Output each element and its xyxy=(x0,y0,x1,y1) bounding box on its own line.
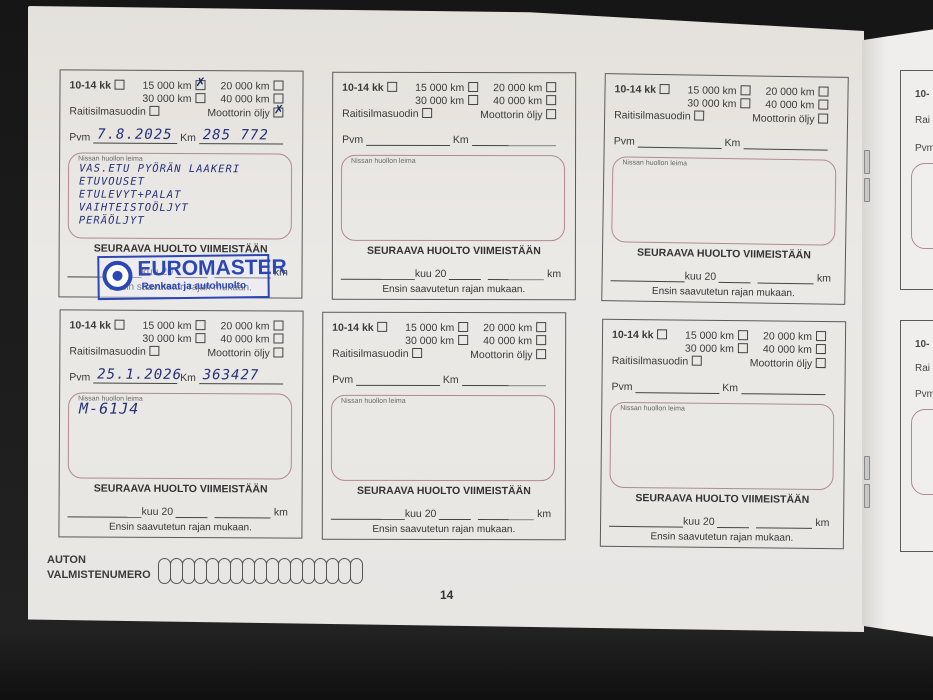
page-number: 14 xyxy=(440,588,453,602)
year-field[interactable] xyxy=(176,517,208,518)
label-15000: 15 000 km xyxy=(405,322,454,334)
checkbox-km40[interactable] xyxy=(816,344,826,354)
label-40000: 40 000 km xyxy=(220,333,269,345)
date-field[interactable]: 25.1.2026 xyxy=(93,369,177,384)
stamp-box[interactable]: Nissan huollon leima xyxy=(611,156,836,246)
month-field[interactable] xyxy=(68,516,142,517)
label-km: Km xyxy=(443,374,459,386)
label-date: Pvm xyxy=(342,134,363,146)
label-20000: 20 000 km xyxy=(220,80,269,92)
stamp-label: Nissan huollon leima xyxy=(620,405,685,413)
checkbox-air_filter[interactable] xyxy=(150,106,160,116)
km-field[interactable] xyxy=(472,131,556,146)
next-km-field[interactable] xyxy=(756,527,812,529)
date-field[interactable] xyxy=(635,378,719,394)
service-card-top-middle: 10-14 kk 15 000 km 20 000 km 30 000 km 4… xyxy=(332,72,576,300)
km-value: 285 772 xyxy=(203,127,269,143)
date-field[interactable] xyxy=(356,371,440,386)
year-field[interactable] xyxy=(719,282,751,284)
label-40000: 40 000 km xyxy=(220,93,269,105)
vin-label-line2: VALMISTENUMERO xyxy=(47,568,151,583)
checkbox-km40[interactable] xyxy=(273,333,283,343)
label-15000: 15 000 km xyxy=(142,80,191,92)
service-card-bottom-middle: 10-14 kk 15 000 km 20 000 km 30 000 km 4… xyxy=(322,312,566,540)
checkbox-engine_oil[interactable] xyxy=(547,109,557,119)
label-date: Pvm xyxy=(332,374,353,386)
handwritten-notes: VAS.ETU PYÖRÄN LAAKERIETUVOUSETETULEVYT+… xyxy=(79,162,240,228)
checkbox-engine_oil[interactable] xyxy=(274,107,284,117)
label-air-filter: Raitisilmasuodin xyxy=(342,108,418,120)
next-km-field[interactable] xyxy=(758,283,814,285)
checkbox-km20[interactable] xyxy=(546,82,556,92)
checkbox-km30[interactable] xyxy=(468,95,478,105)
checkbox-months[interactable] xyxy=(115,320,125,330)
date-value: 25.1.2026 xyxy=(97,367,182,383)
label-40000: 40 000 km xyxy=(493,95,542,107)
checkbox-months[interactable] xyxy=(115,80,125,90)
stamp-box[interactable]: Nissan huollon leima M-61J4 xyxy=(68,392,292,479)
label-months: 10-14 kk xyxy=(342,82,383,94)
label-engine-oil: Moottorin öljy xyxy=(207,347,270,359)
checkbox-km30[interactable] xyxy=(738,343,748,353)
date-field[interactable] xyxy=(366,131,450,146)
label-km: Km xyxy=(724,137,740,149)
stamp-label: Nissan huollon leima xyxy=(341,398,406,405)
whichever-first-note: Ensin saavutetun rajan mukaan. xyxy=(323,524,565,535)
label-30000: 30 000 km xyxy=(405,335,454,347)
label-km: Km xyxy=(180,132,196,144)
label-month-year: kuu 20 xyxy=(405,508,437,520)
checkbox-engine_oil[interactable] xyxy=(274,347,284,357)
checkbox-air_filter[interactable] xyxy=(695,111,705,121)
checkbox-km20[interactable] xyxy=(536,322,546,332)
label-km-unit: km xyxy=(817,272,831,284)
label-engine-oil: Moottorin öljy xyxy=(470,349,532,361)
stamp-tagline: Renkaat ja autohuolto xyxy=(142,280,247,292)
right-page-card: 10- Rai Pvm xyxy=(900,70,933,290)
whichever-first-note: Ensin saavutetun rajan mukaan. xyxy=(601,531,843,545)
checkbox-km40[interactable] xyxy=(818,99,828,109)
label-20000: 20 000 km xyxy=(493,82,542,94)
label-20000: 20 000 km xyxy=(765,86,814,99)
euromaster-logo-icon xyxy=(102,261,132,291)
next-km-field[interactable] xyxy=(478,519,534,520)
label-month-year: kuu 20 xyxy=(685,270,717,282)
checkbox-air_filter[interactable] xyxy=(413,348,423,358)
checkbox-km20[interactable] xyxy=(274,320,284,330)
stamp-label: Nissan huollon leima xyxy=(622,159,687,167)
km-value: 363427 xyxy=(203,367,260,383)
label-30000: 30 000 km xyxy=(142,333,191,345)
right-page-card: 10- Rai Pvm xyxy=(900,320,933,552)
fragment: Rai xyxy=(915,115,930,126)
handwritten-notes: M-61J4 xyxy=(79,402,139,415)
label-months: 10-14 kk xyxy=(614,83,656,96)
month-field[interactable] xyxy=(331,519,405,520)
label-months: 10-14 kk xyxy=(332,322,373,334)
note-line: VAS.ETU PYÖRÄN LAAKERI xyxy=(79,162,240,176)
label-months: 10-14 kk xyxy=(69,79,111,91)
stamp-box[interactable]: Nissan huollon leima VAS.ETU PYÖRÄN LAAK… xyxy=(68,152,292,239)
checkbox-engine_oil[interactable] xyxy=(818,113,828,123)
year-field[interactable] xyxy=(449,279,481,280)
checkbox-air_filter[interactable] xyxy=(692,356,702,366)
fragment: Pvm xyxy=(915,143,933,154)
label-air-filter: Raitisilmasuodin xyxy=(69,345,146,357)
fragment: 10- xyxy=(915,339,929,350)
checkbox-km15[interactable] xyxy=(468,82,478,92)
next-service-title: SEURAAVA HUOLTO VIIMEISTÄÄN xyxy=(323,485,565,497)
note-line: ETUVOUSET xyxy=(79,175,240,189)
checkbox-km20[interactable] xyxy=(274,80,284,90)
checkbox-air_filter[interactable] xyxy=(423,108,433,118)
staple xyxy=(864,456,870,480)
label-15000: 15 000 km xyxy=(142,320,191,332)
label-15000: 15 000 km xyxy=(415,82,464,94)
stamp-label: Nissan huollon leima xyxy=(351,158,416,165)
checkbox-months[interactable] xyxy=(660,84,670,94)
service-card-top-right: 10-14 kk 15 000 km 20 000 km 30 000 km 4… xyxy=(601,73,849,305)
checkbox-km30[interactable] xyxy=(740,98,750,108)
fragment: 10- xyxy=(915,89,929,100)
service-card-bottom-left: 10-14 kk 15 000 km 20 000 km 30 000 km 4… xyxy=(58,309,303,538)
label-30000: 30 000 km xyxy=(687,97,736,110)
label-km-unit: km xyxy=(537,508,551,520)
whichever-first-note: Ensin saavutetun rajan mukaan. xyxy=(59,521,301,533)
label-15000: 15 000 km xyxy=(687,84,736,97)
label-air-filter: Raitisilmasuodin xyxy=(332,348,408,360)
fragment: Pvm xyxy=(915,389,933,400)
whichever-first-note: Ensin saavutetun rajan mukaan. xyxy=(602,285,844,300)
checkbox-km15[interactable] xyxy=(458,322,468,332)
note-line: ETULEVYT+PALAT xyxy=(79,188,240,202)
checkbox-engine_oil[interactable] xyxy=(537,349,547,359)
note-line: PERÄÖLJYT xyxy=(79,214,240,228)
checkbox-km15[interactable] xyxy=(741,85,751,95)
next-km-field[interactable] xyxy=(215,517,271,518)
label-air-filter: Raitisilmasuodin xyxy=(614,109,691,122)
km-field[interactable] xyxy=(743,134,827,150)
next-service-title: SEURAAVA HUOLTO VIIMEISTÄÄN xyxy=(601,492,843,507)
label-engine-oil: Moottorin öljy xyxy=(480,109,542,121)
label-km: Km xyxy=(180,372,196,384)
label-engine-oil: Moottorin öljy xyxy=(752,112,815,125)
label-20000: 20 000 km xyxy=(220,320,269,332)
label-air-filter: Raitisilmasuodin xyxy=(612,355,689,368)
label-20000: 20 000 km xyxy=(763,330,812,343)
vin-input-boxes[interactable] xyxy=(158,558,362,584)
label-engine-oil: Moottorin öljy xyxy=(207,107,270,119)
checkbox-km15[interactable] xyxy=(196,320,206,330)
date-field[interactable] xyxy=(638,133,722,149)
stamp-name: EUROMASTER xyxy=(137,256,287,282)
label-engine-oil: Moottorin öljy xyxy=(750,357,813,370)
checkbox-months[interactable] xyxy=(388,82,398,92)
label-air-filter: Raitisilmasuodin xyxy=(69,105,146,117)
stamp-box[interactable]: Nissan huollon leima xyxy=(341,155,565,241)
year-field[interactable] xyxy=(717,527,749,528)
label-20000: 20 000 km xyxy=(483,322,532,334)
label-30000: 30 000 km xyxy=(415,95,464,107)
month-field[interactable] xyxy=(609,526,683,528)
service-card-bottom-right: 10-14 kk 15 000 km 20 000 km 30 000 km 4… xyxy=(600,319,846,550)
next-service-title: SEURAAVA HUOLTO VIIMEISTÄÄN xyxy=(333,245,575,257)
label-date: Pvm xyxy=(69,371,90,383)
next-service-title: SEURAAVA HUOLTO VIIMEISTÄÄN xyxy=(60,482,302,495)
vin-label-line1: AUTON xyxy=(47,553,151,568)
checkbox-km20[interactable] xyxy=(818,86,828,96)
label-15000: 15 000 km xyxy=(685,330,734,343)
euromaster-stamp: EUROMASTER Renkaat ja autohuolto xyxy=(97,254,270,300)
label-km-unit: km xyxy=(274,506,288,518)
label-40000: 40 000 km xyxy=(765,99,814,112)
checkbox-km15[interactable] xyxy=(196,80,206,90)
checkbox-km30[interactable] xyxy=(458,335,468,345)
date-value: 7.8.2025 xyxy=(97,127,173,143)
checkbox-km30[interactable] xyxy=(195,93,205,103)
label-months: 10-14 kk xyxy=(69,319,111,331)
date-field[interactable]: 7.8.2025 xyxy=(93,129,177,144)
staple xyxy=(864,178,870,202)
whichever-first-note: Ensin saavutetun rajan mukaan. xyxy=(333,284,575,295)
checkbox-air_filter[interactable] xyxy=(150,346,160,356)
label-month-year: kuu 20 xyxy=(683,516,715,528)
checkbox-km30[interactable] xyxy=(195,333,205,343)
checkbox-months[interactable] xyxy=(657,329,667,339)
staple xyxy=(864,484,870,508)
checkbox-km40[interactable] xyxy=(546,95,556,105)
label-km-unit: km xyxy=(815,517,829,529)
staple xyxy=(864,150,870,174)
label-30000: 30 000 km xyxy=(685,343,734,356)
checkbox-km20[interactable] xyxy=(816,331,826,341)
month-field[interactable] xyxy=(341,279,415,280)
checkbox-km40[interactable] xyxy=(536,335,546,345)
month-field[interactable] xyxy=(611,280,685,282)
label-km: Km xyxy=(722,382,738,394)
service-card-top-left: 10-14 kk 15 000 km 20 000 km 30 000 km 4… xyxy=(58,69,303,298)
stamp-box[interactable]: Nissan huollon leima xyxy=(331,395,555,481)
km-field[interactable] xyxy=(741,379,825,395)
checkbox-engine_oil[interactable] xyxy=(816,358,826,368)
next-km-field[interactable] xyxy=(488,279,544,280)
label-date: Pvm xyxy=(614,135,635,147)
label-km-unit: km xyxy=(547,268,561,280)
label-40000: 40 000 km xyxy=(763,343,812,356)
label-30000: 30 000 km xyxy=(142,93,191,105)
stamp-box[interactable]: Nissan huollon leima xyxy=(609,402,834,490)
stamp-box xyxy=(911,409,933,495)
label-km: Km xyxy=(453,134,469,146)
next-service-title: SEURAAVA HUOLTO VIIMEISTÄÄN xyxy=(603,246,845,262)
year-field[interactable] xyxy=(439,519,471,520)
km-field[interactable]: 285 772 xyxy=(199,129,283,144)
vin-char-box[interactable] xyxy=(350,558,363,584)
note-line: VAIHTEISTOÖLJYT xyxy=(79,201,240,215)
note-line: M-61J4 xyxy=(79,402,139,415)
checkbox-months[interactable] xyxy=(378,322,388,332)
label-40000: 40 000 km xyxy=(483,335,532,347)
stamp-box xyxy=(911,163,933,249)
checkbox-km15[interactable] xyxy=(738,330,748,340)
label-month-year: kuu 20 xyxy=(415,268,447,280)
km-field[interactable] xyxy=(462,371,546,386)
km-field[interactable]: 363427 xyxy=(199,369,283,384)
label-date: Pvm xyxy=(69,131,90,143)
vin-label: AUTON VALMISTENUMERO xyxy=(47,553,151,583)
label-months: 10-14 kk xyxy=(612,329,654,341)
fragment: Rai xyxy=(915,363,930,374)
label-month-year: kuu 20 xyxy=(142,506,174,518)
label-date: Pvm xyxy=(611,381,632,393)
